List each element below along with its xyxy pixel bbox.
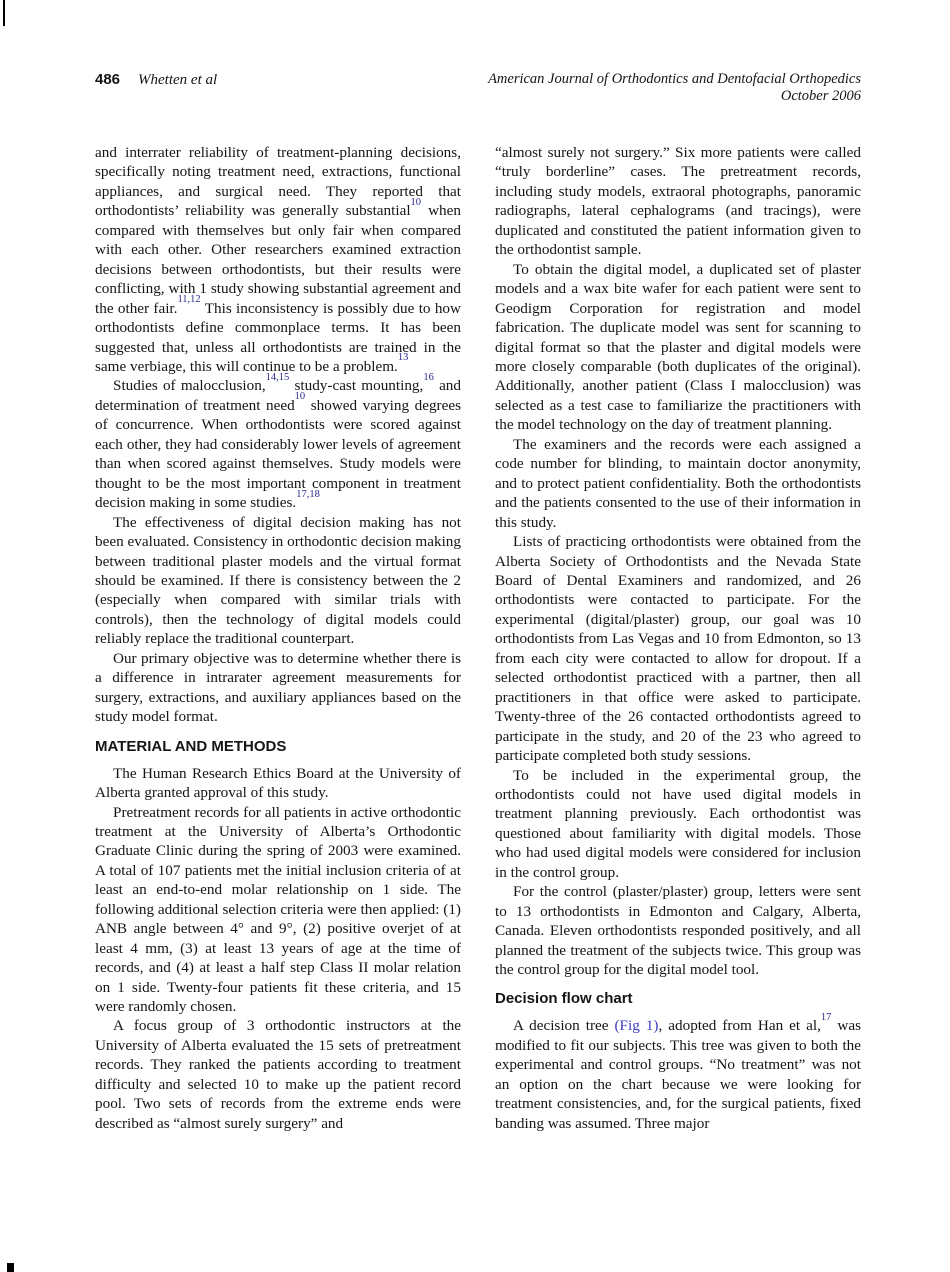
paragraph: The effectiveness of digital decision ma… <box>95 513 461 649</box>
section-heading: Decision flow chart <box>495 990 861 1008</box>
journal-name: American Journal of Orthodontics and Den… <box>488 71 861 88</box>
left-column: and interrater reliability of treatment-… <box>95 143 461 1133</box>
section-heading: MATERIAL AND METHODS <box>95 738 461 756</box>
paragraph: A decision tree (Fig 1), adopted from Ha… <box>495 1016 861 1133</box>
journal-page: 486 Whetten et al American Journal of Or… <box>0 0 950 1272</box>
citation-ref[interactable]: 16 <box>423 372 434 383</box>
paragraph: “almost surely not surgery.” Six more pa… <box>495 143 861 260</box>
right-column: “almost surely not surgery.” Six more pa… <box>495 143 861 1133</box>
running-header: 486 Whetten et al American Journal of Or… <box>95 71 861 105</box>
journal-info: American Journal of Orthodontics and Den… <box>488 71 861 105</box>
citation-ref[interactable]: 13 <box>398 352 409 363</box>
paragraph: and interrater reliability of treatment-… <box>95 143 461 376</box>
citation-ref[interactable]: 10 <box>295 391 306 402</box>
citation-ref[interactable]: 10 <box>411 197 422 208</box>
scan-artifact-top-left <box>3 0 5 26</box>
paragraph: Pretreatment records for all patients in… <box>95 803 461 1017</box>
issue-date: October 2006 <box>488 88 861 105</box>
paragraph: Lists of practicing orthodontists were o… <box>495 532 861 765</box>
paragraph: Our primary objective was to determine w… <box>95 649 461 727</box>
citation-ref[interactable]: 17 <box>821 1012 832 1023</box>
paragraph: To obtain the digital model, a duplicate… <box>495 260 861 435</box>
paragraph: A focus group of 3 orthodontic instructo… <box>95 1016 461 1133</box>
scan-artifact-bottom-left <box>7 1263 14 1272</box>
article-body: and interrater reliability of treatment-… <box>95 143 861 1133</box>
citation-ref[interactable]: 14,15 <box>266 372 290 383</box>
figure-link[interactable]: (Fig 1) <box>615 1017 659 1034</box>
page-number: 486 <box>95 71 120 88</box>
citation-ref[interactable]: 11,12 <box>177 294 200 305</box>
paragraph: The Human Research Ethics Board at the U… <box>95 764 461 803</box>
running-authors: Whetten et al <box>138 72 217 88</box>
citation-ref[interactable]: 17,18 <box>296 489 320 500</box>
running-header-left: 486 Whetten et al <box>95 71 217 89</box>
paragraph: For the control (plaster/plaster) group,… <box>495 882 861 979</box>
paragraph: Studies of malocclusion,14,15 study-cast… <box>95 376 461 512</box>
paragraph: To be included in the experimental group… <box>495 766 861 883</box>
paragraph: The examiners and the records were each … <box>495 435 861 532</box>
